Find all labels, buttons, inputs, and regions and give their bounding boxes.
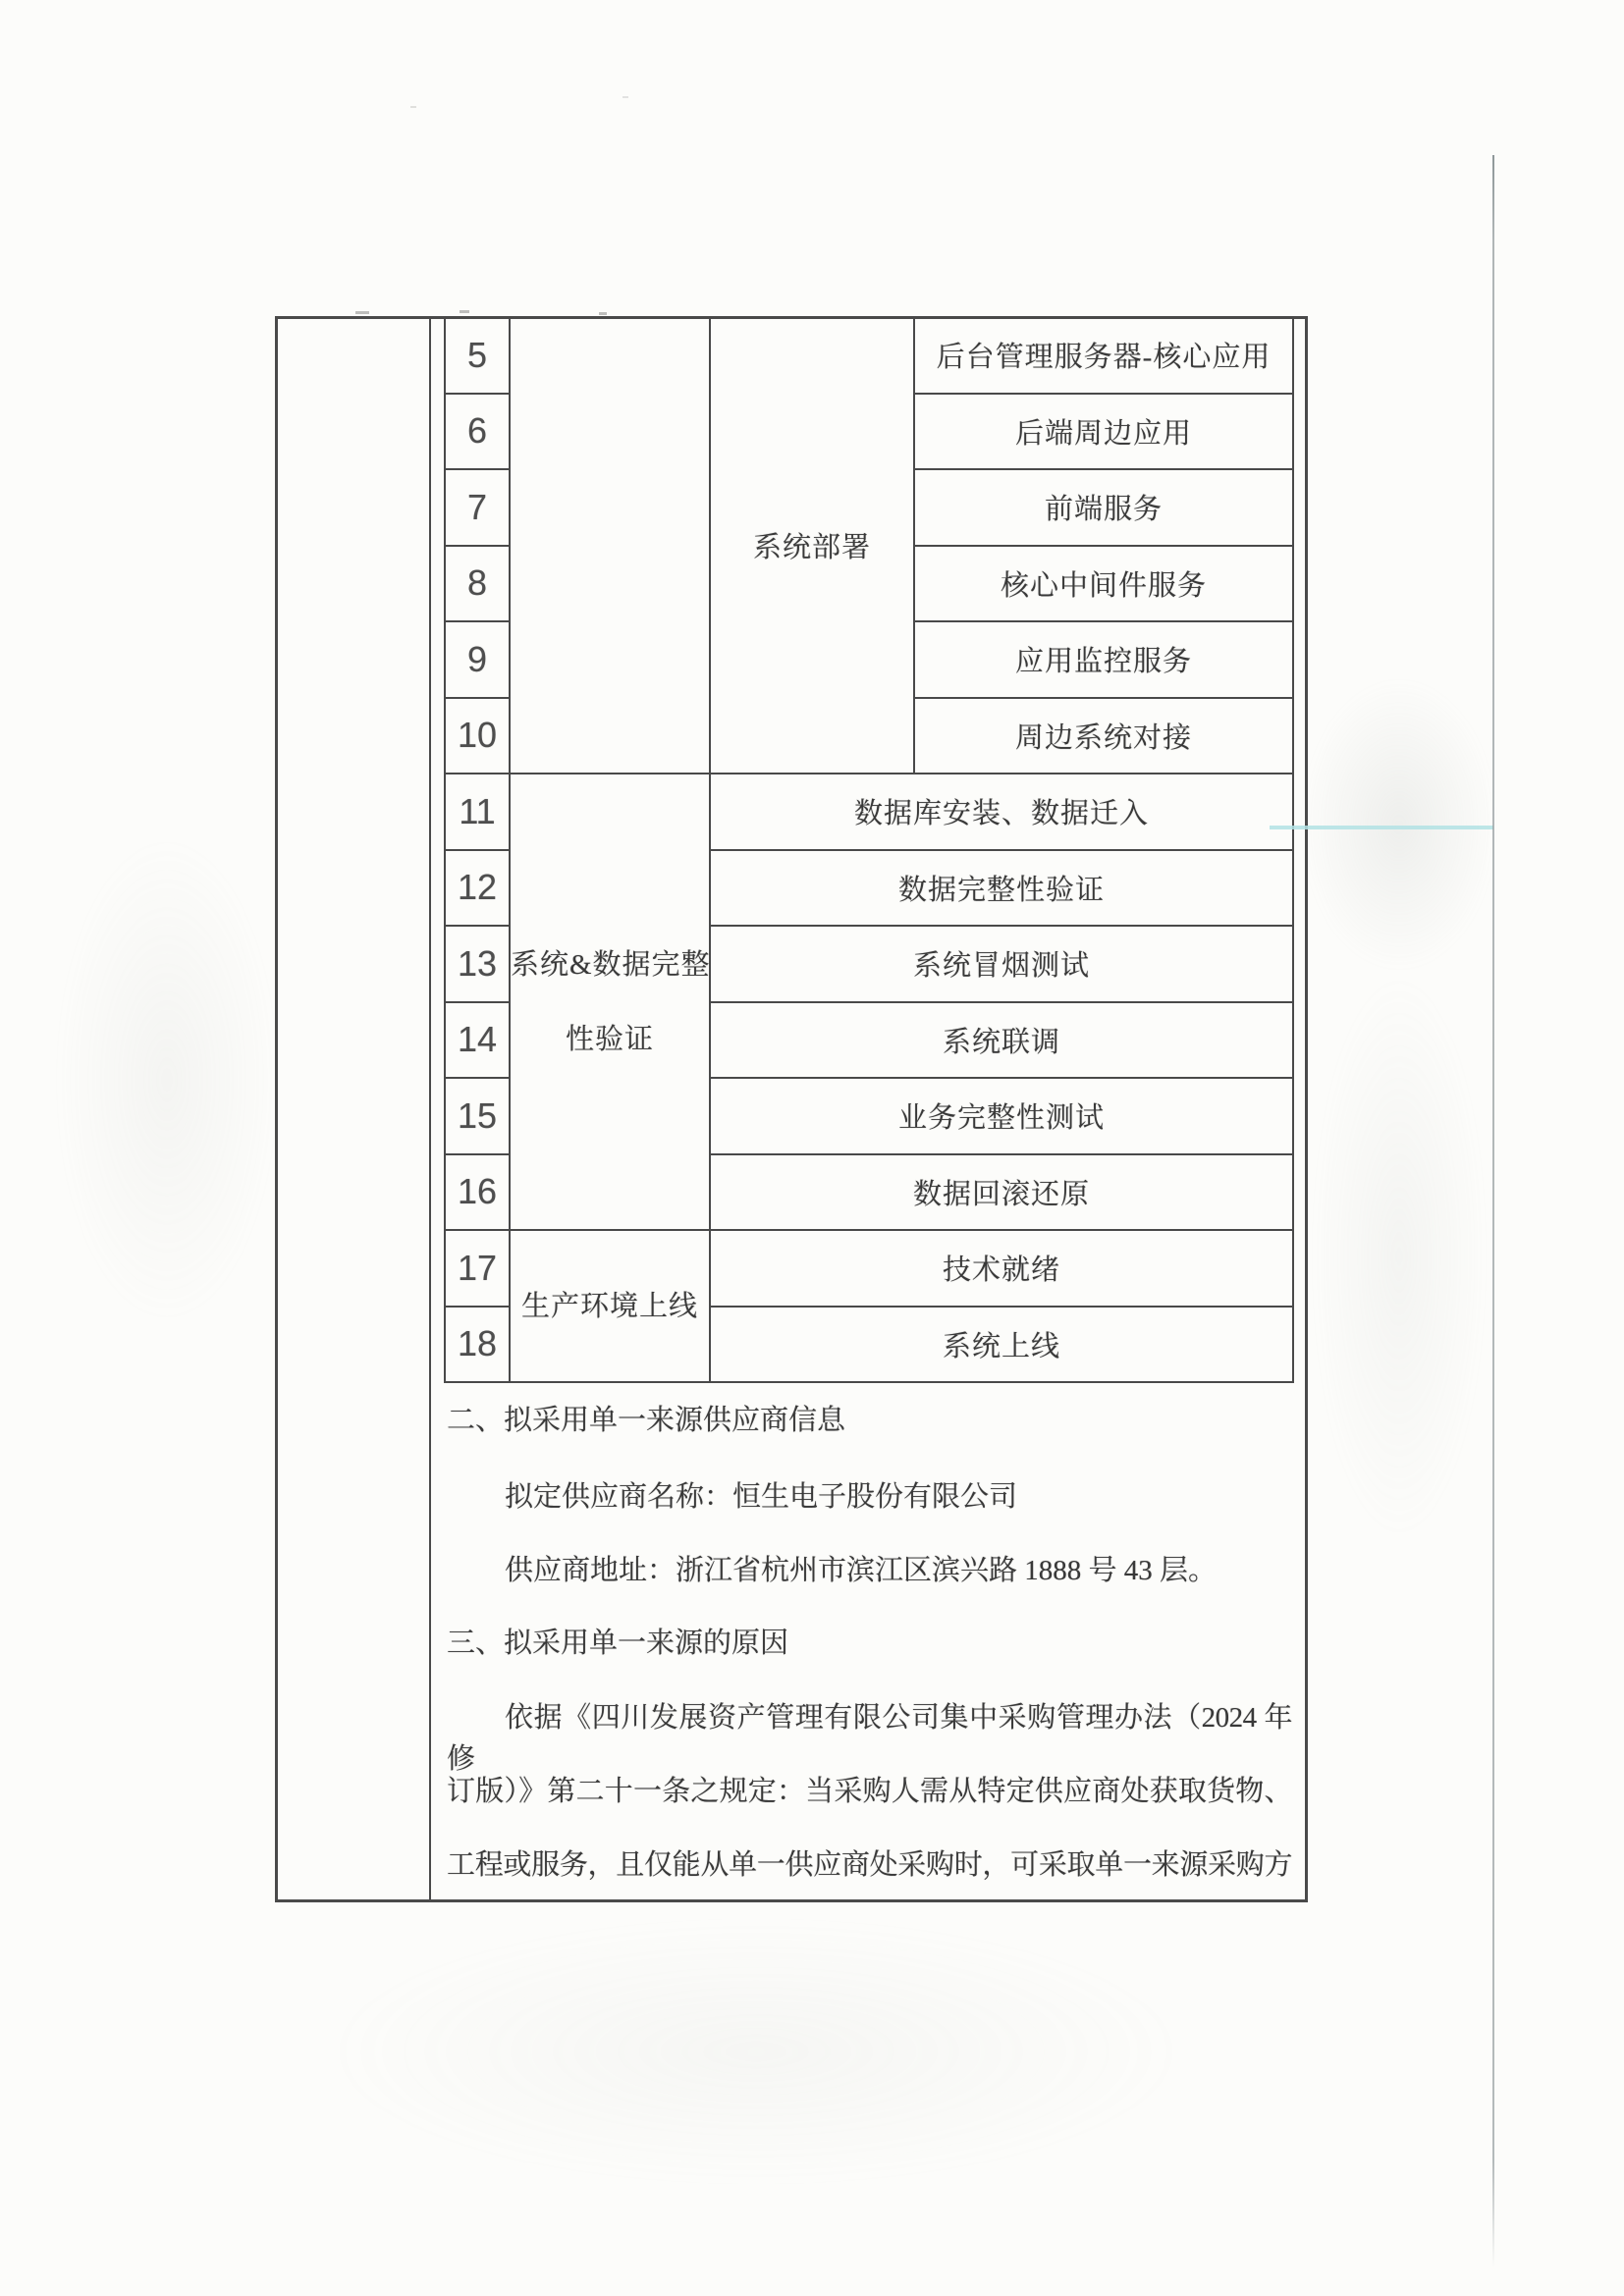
step-number-cell: 5 — [445, 317, 510, 394]
step-number-cell: 6 — [445, 394, 510, 470]
step-item-cell: 系统冒烟测试 — [710, 926, 1293, 1002]
phase-cell-empty — [510, 317, 710, 774]
step-number-cell: 17 — [445, 1230, 510, 1307]
phase-label-line: 生产环境上线 — [511, 1269, 709, 1344]
scan-speck — [623, 96, 628, 98]
phase-cell-data-integrity: 系统&数据完整 性验证 — [510, 774, 710, 1230]
step-number-cell: 15 — [445, 1078, 510, 1154]
step-number-cell: 12 — [445, 850, 510, 927]
step-item-cell: 系统联调 — [710, 1002, 1293, 1079]
scan-speck — [460, 310, 469, 313]
scan-noise-blob — [54, 834, 280, 1325]
step-item-cell: 周边系统对接 — [914, 698, 1293, 774]
step-item-cell: 数据库安装、数据迁入 — [710, 774, 1293, 850]
scan-speck — [410, 106, 416, 108]
scan-noise-blob — [324, 1914, 1188, 2189]
step-item-cell: 技术就绪 — [710, 1230, 1293, 1307]
section-heading-supplier-info: 二、拟采用单一来源供应商信息 — [447, 1400, 845, 1441]
step-number-cell: 16 — [445, 1154, 510, 1231]
scan-noise-blob — [1311, 972, 1488, 1541]
scan-artifact-cyan-line — [1270, 826, 1493, 829]
scan-speck — [355, 311, 369, 314]
step-item-cell: 系统上线 — [710, 1307, 1293, 1383]
supplier-address-line: 供应商地址：浙江省杭州市滨江区滨兴路 1888 号 43 层。 — [505, 1550, 1217, 1591]
table-row: 5 系统部署 后台管理服务器-核心应用 — [445, 317, 1293, 394]
step-number-cell: 10 — [445, 698, 510, 774]
section-heading-single-source-reason: 三、拟采用单一来源的原因 — [447, 1623, 788, 1664]
step-number-cell: 13 — [445, 926, 510, 1002]
step-number-cell: 11 — [445, 774, 510, 850]
outer-table-left-column-divider — [429, 316, 431, 1902]
reason-paragraph-line: 订版）》第二十一条之规定：当采购人需从特定供应商处获取货物、 — [447, 1771, 1292, 1812]
step-number-cell: 9 — [445, 621, 510, 698]
step-item-cell: 前端服务 — [914, 469, 1293, 546]
stage-cell-system-deployment: 系统部署 — [710, 317, 914, 774]
step-item-cell: 数据完整性验证 — [710, 850, 1293, 927]
step-item-cell: 核心中间件服务 — [914, 546, 1293, 622]
step-item-cell: 应用监控服务 — [914, 621, 1293, 698]
phase-cell-production-launch: 生产环境上线 — [510, 1230, 710, 1382]
step-number-cell: 18 — [445, 1307, 510, 1383]
scan-speck — [599, 312, 607, 315]
phase-label-line: 系统&数据完整 — [511, 928, 709, 1002]
step-number-cell: 7 — [445, 469, 510, 546]
paper-edge-line — [1492, 155, 1494, 2268]
step-number-cell: 8 — [445, 546, 510, 622]
scanned-document-page: 5 系统部署 后台管理服务器-核心应用 6 后端周边应用 7 前端服务 8 核心… — [0, 0, 1624, 2296]
reason-paragraph-line: 依据《四川发展资产管理有限公司集中采购管理办法（2024 年修 — [447, 1697, 1292, 1738]
phase-label-line: 性验证 — [511, 1002, 709, 1077]
table-row: 11 系统&数据完整 性验证 数据库安装、数据迁入 — [445, 774, 1293, 850]
implementation-steps-table: 5 系统部署 后台管理服务器-核心应用 6 后端周边应用 7 前端服务 8 核心… — [444, 316, 1294, 1383]
supplier-name-line: 拟定供应商名称：恒生电子股份有限公司 — [505, 1476, 1017, 1518]
step-item-cell: 业务完整性测试 — [710, 1078, 1293, 1154]
step-number-cell: 14 — [445, 1002, 510, 1079]
reason-paragraph-line: 工程或服务，且仅能从单一供应商处采购时，可采取单一来源采购方 — [447, 1844, 1292, 1886]
scan-noise-blob — [1301, 677, 1497, 972]
step-item-cell: 后端周边应用 — [914, 394, 1293, 470]
table-row: 17 生产环境上线 技术就绪 — [445, 1230, 1293, 1307]
step-item-cell: 数据回滚还原 — [710, 1154, 1293, 1231]
step-item-cell: 后台管理服务器-核心应用 — [914, 317, 1293, 394]
